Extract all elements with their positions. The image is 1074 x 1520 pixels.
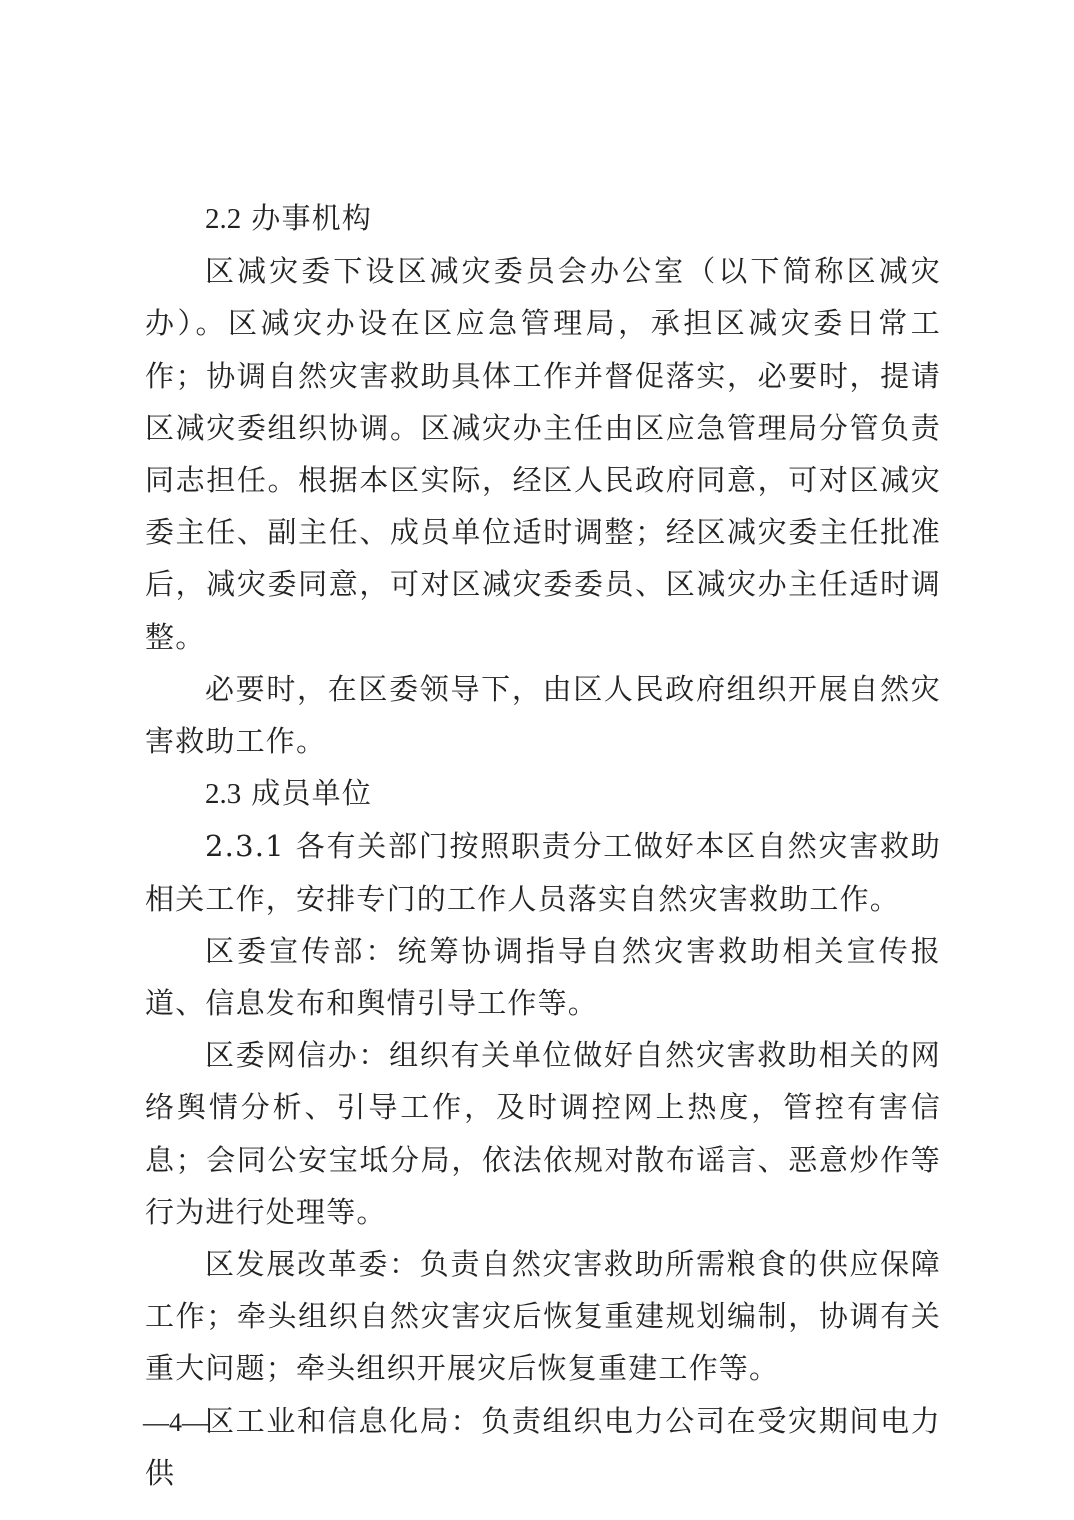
paragraph-office: 区减灾委下设区减灾委员会办公室（以下简称区减灾办）。区减灾办设在区应急管理局，承… bbox=[145, 245, 941, 663]
document-page: 2.2办事机构 区减灾委下设区减灾委员会办公室（以下简称区减灾办）。区减灾办设在… bbox=[145, 192, 941, 1499]
page-number: —4— bbox=[143, 1408, 208, 1438]
paragraph-industry-it: 区工业和信息化局：负责组织电力公司在受灾期间电力供 bbox=[145, 1395, 941, 1499]
paragraph-propaganda-dept: 区委宣传部：统筹协调指导自然灾害救助相关宣传报道、信息发布和舆情引导工作等。 bbox=[145, 925, 941, 1029]
section-number: 2.3 bbox=[205, 778, 241, 810]
section-number: 2.2 bbox=[205, 203, 241, 235]
paragraph-necessary: 必要时，在区委领导下，由区人民政府组织开展自然灾害救助工作。 bbox=[145, 663, 941, 767]
section-title: 办事机构 bbox=[251, 201, 372, 235]
section-title: 成员单位 bbox=[251, 776, 372, 810]
section-heading-2-3: 2.3成员单位 bbox=[145, 767, 941, 820]
paragraph-cyberspace-office: 区委网信办：组织有关单位做好自然灾害救助相关的网络舆情分析、引导工作，及时调控网… bbox=[145, 1029, 941, 1238]
paragraph-2-3-1: 2.3.1 各有关部门按照职责分工做好本区自然灾害救助相关工作，安排专门的工作人… bbox=[145, 820, 941, 924]
section-heading-2-2: 2.2办事机构 bbox=[145, 192, 941, 245]
paragraph-development-reform: 区发展改革委：负责自然灾害救助所需粮食的供应保障工作；牵头组织自然灾害灾后恢复重… bbox=[145, 1238, 941, 1395]
